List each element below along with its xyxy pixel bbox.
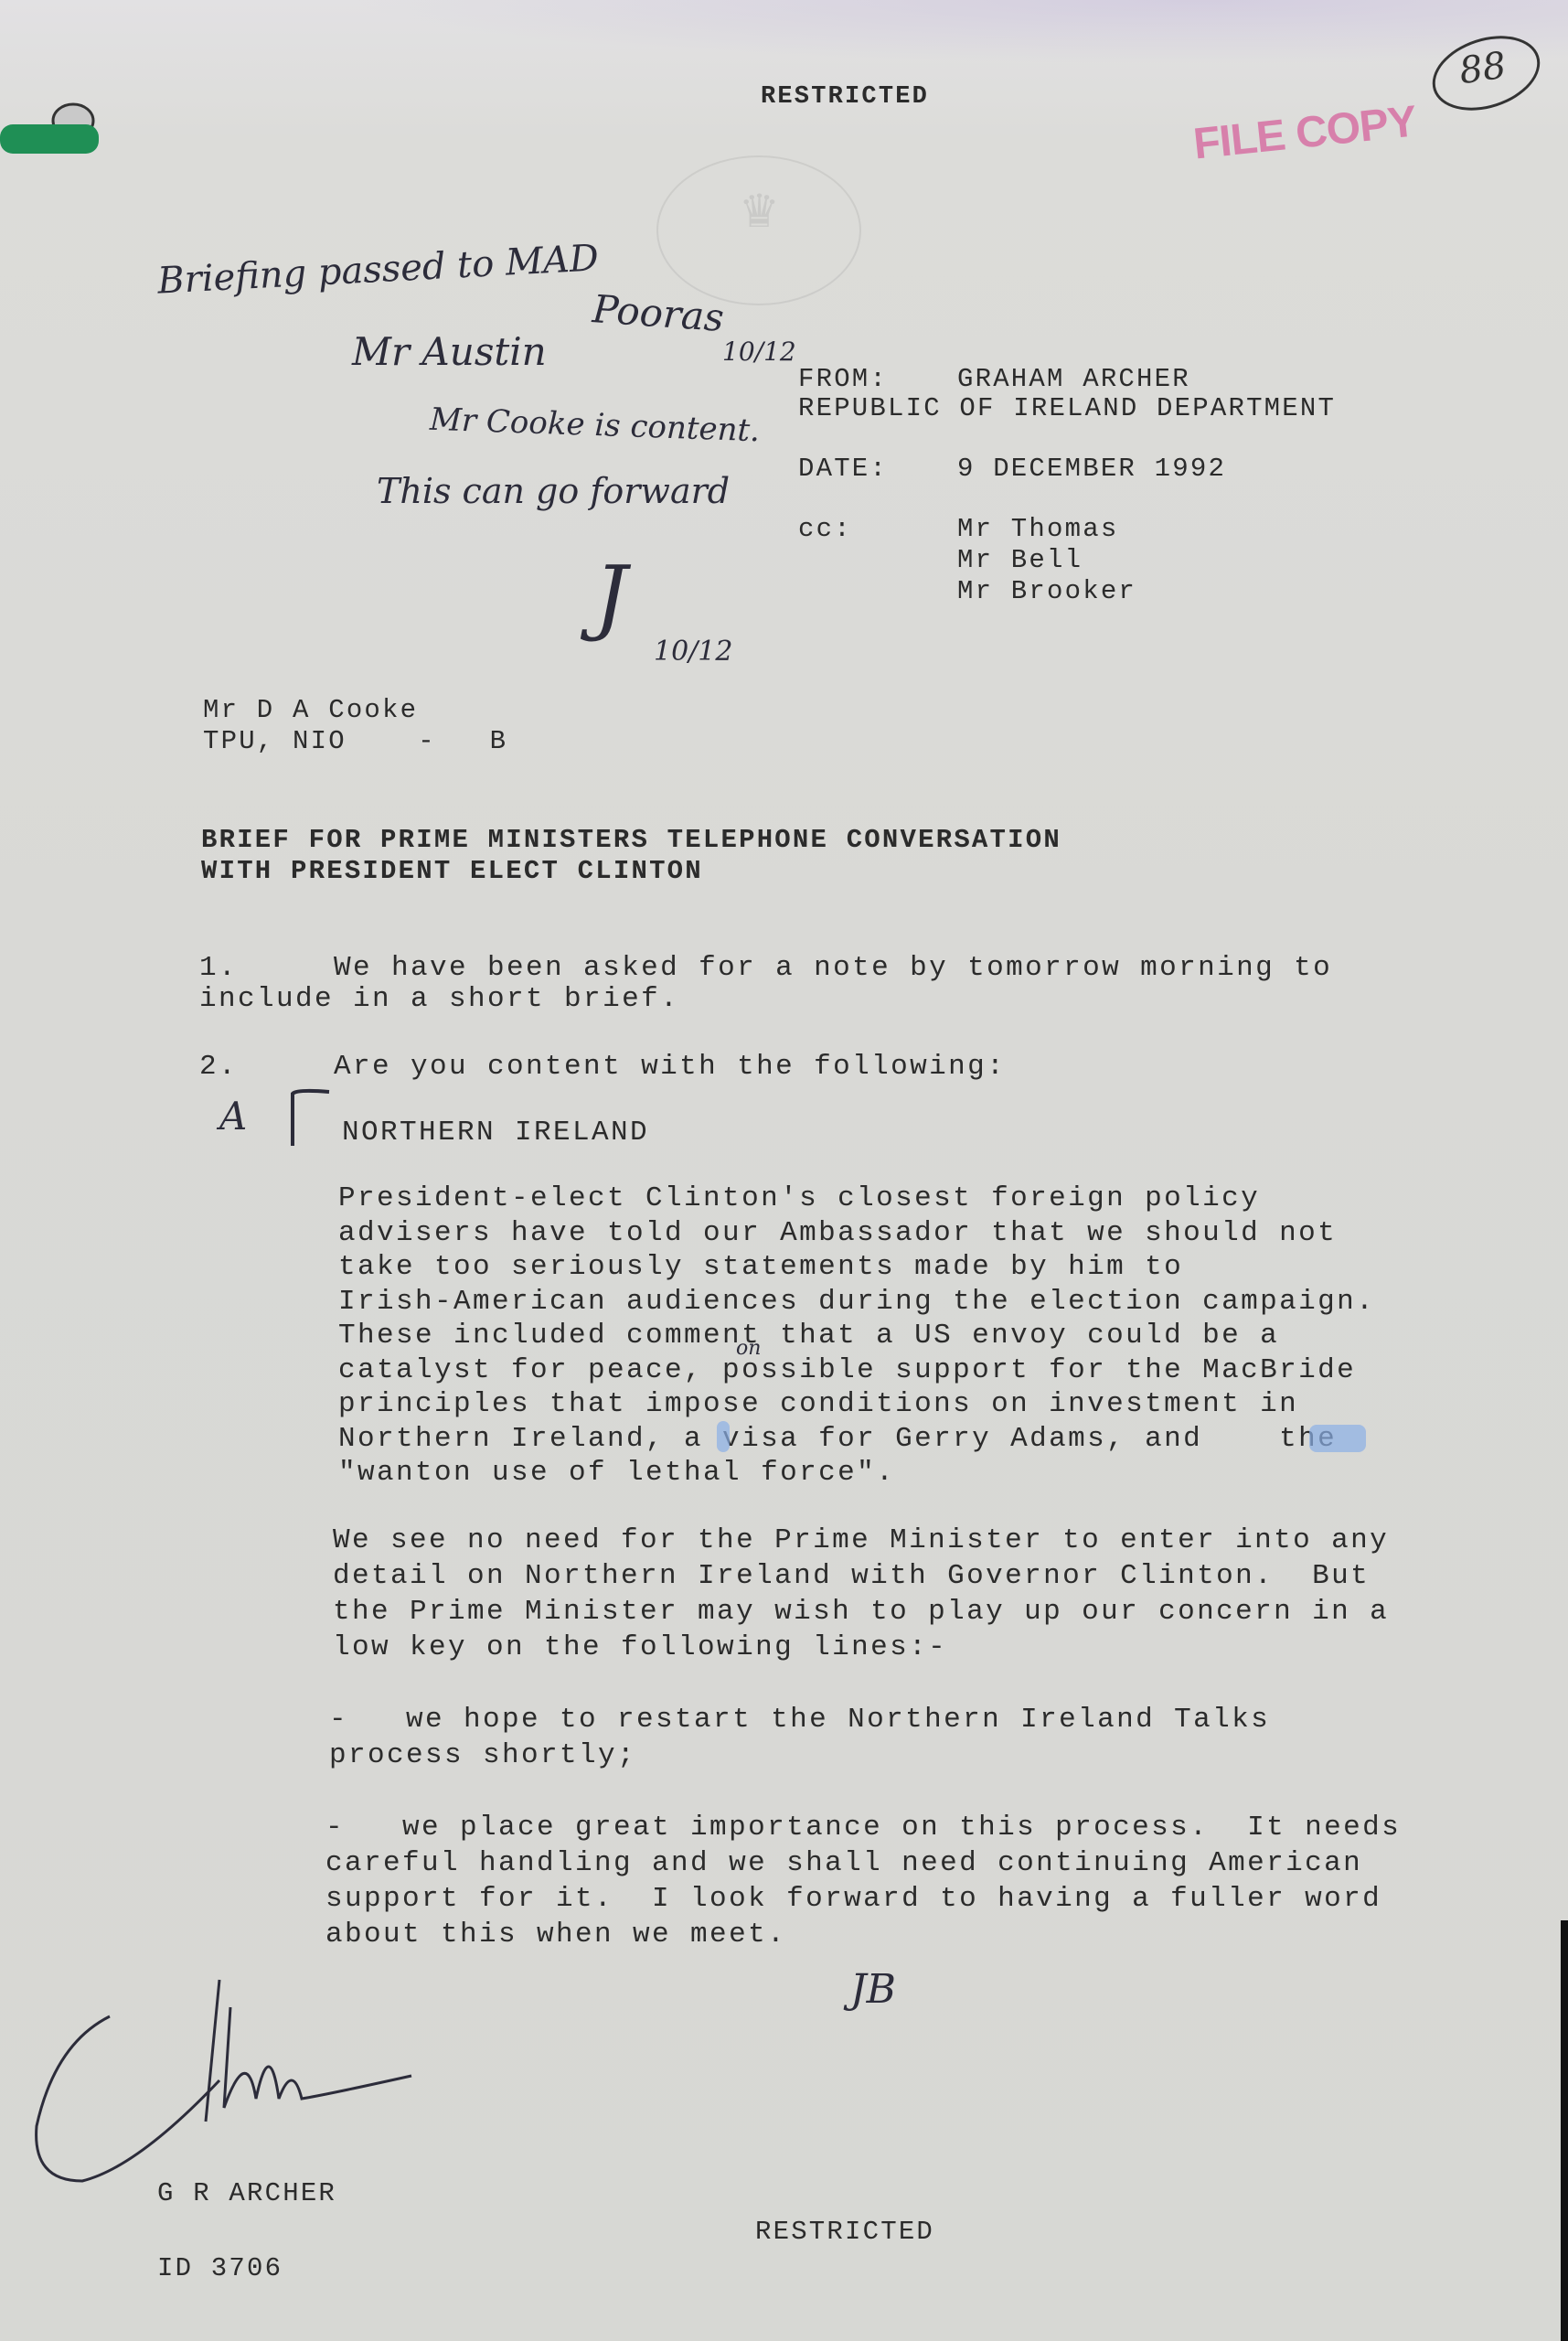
handwritten-insertion: on	[736, 1337, 761, 1360]
royal-crest-watermark	[656, 155, 861, 305]
section-para-2-line: the Prime Minister may wish to play up o…	[333, 1595, 1389, 1630]
cc-recipient: Mr Brooker	[957, 574, 1136, 608]
handwritten-note-briefing: Briefing passed to MAD	[156, 237, 600, 302]
bullet-2-line: - we place great importance on this proc…	[325, 1811, 1401, 1845]
margin-bracket-icon	[288, 1086, 334, 1150]
section-para-1-line: Northern Ireland, a visa for Gerry Adams…	[338, 1422, 1337, 1457]
section-para-1-line: catalyst for peace, possible support for…	[338, 1353, 1356, 1388]
from-department: REPUBLIC OF IRELAND DEPARTMENT	[798, 391, 1336, 425]
cc-recipient: Mr Bell	[957, 543, 1083, 577]
date-label: DATE:	[798, 452, 888, 486]
paragraph-2-intro: 2. Are you content with the following:	[199, 1050, 1006, 1085]
date-value: 9 DECEMBER 1992	[957, 452, 1226, 486]
handwritten-initials-2: J	[594, 549, 627, 645]
margin-mark: A	[219, 1094, 247, 1138]
section-para-1-line: take too seriously statements made by hi…	[338, 1250, 1183, 1285]
handwritten-note-austin: Mr Austin	[352, 329, 547, 374]
section-para-2-line: low key on the following lines:-	[333, 1630, 947, 1665]
document-page: RESTRICTED FILE COPY 88 Briefing passed …	[0, 0, 1568, 2341]
handwritten-note-forward: This can go forward	[377, 471, 730, 511]
handwritten-closing-initials: JB	[850, 1966, 896, 2013]
addressee-name: Mr D A Cooke	[203, 693, 418, 727]
page-shadow	[347, 0, 1568, 64]
bullet-2-line: support for it. I look forward to having…	[325, 1882, 1381, 1917]
section-para-2-line: We see no need for the Prime Minister to…	[333, 1523, 1389, 1558]
signatory-name: G R ARCHER	[157, 2176, 336, 2210]
document-title-line: WITH PRESIDENT ELECT CLINTON	[201, 854, 703, 888]
cc-recipient: Mr Thomas	[957, 512, 1118, 546]
section-para-1-line: "wanton use of lethal force".	[338, 1456, 895, 1491]
paragraph-1-line: include in a short brief.	[199, 982, 679, 1017]
file-copy-stamp: FILE COPY	[1191, 96, 1419, 169]
handwritten-note-content: Mr Cooke is content.	[429, 401, 760, 450]
section-heading: NORTHERN IRELAND	[342, 1116, 649, 1150]
treasury-tag-icon	[0, 101, 101, 165]
addressee-unit: TPU, NIO - B	[203, 724, 507, 758]
handwritten-date: 10/12	[722, 337, 796, 367]
bullet-1-line: - we hope to restart the Northern Irelan…	[329, 1703, 1270, 1737]
folio-number: 88	[1456, 45, 1509, 93]
page-edge	[1561, 1920, 1568, 2341]
signature-icon	[27, 1971, 430, 2199]
correction-fluid-mark	[1309, 1425, 1366, 1452]
section-para-2-line: detail on Northern Ireland with Governor…	[333, 1559, 1370, 1594]
reference-id: ID 3706	[157, 2251, 283, 2285]
section-para-1-line: President-elect Clinton's closest foreig…	[338, 1181, 1260, 1216]
section-para-1-line: principles that impose conditions on inv…	[338, 1387, 1298, 1422]
document-title-line: BRIEF FOR PRIME MINISTERS TELEPHONE CONV…	[201, 823, 1061, 857]
section-para-1-line: Irish-American audiences during the elec…	[338, 1285, 1375, 1320]
paragraph-1-line: 1. We have been asked for a note by tomo…	[199, 951, 1332, 986]
bullet-2-line: careful handling and we shall need conti…	[325, 1846, 1362, 1881]
correction-fluid-mark	[717, 1421, 730, 1452]
handwritten-date-2: 10/12	[654, 636, 732, 668]
section-para-1-line: These included comment that a US envoy c…	[338, 1319, 1279, 1353]
section-para-1-line: advisers have told our Ambassador that w…	[338, 1216, 1337, 1251]
cc-label: cc:	[798, 512, 852, 546]
bullet-2-line: about this when we meet.	[325, 1918, 786, 1952]
handwritten-initials: Pooras	[591, 286, 725, 340]
classification-top: RESTRICTED	[761, 80, 929, 114]
bullet-1-line: process shortly;	[329, 1738, 636, 1773]
classification-bottom: RESTRICTED	[755, 2215, 934, 2249]
